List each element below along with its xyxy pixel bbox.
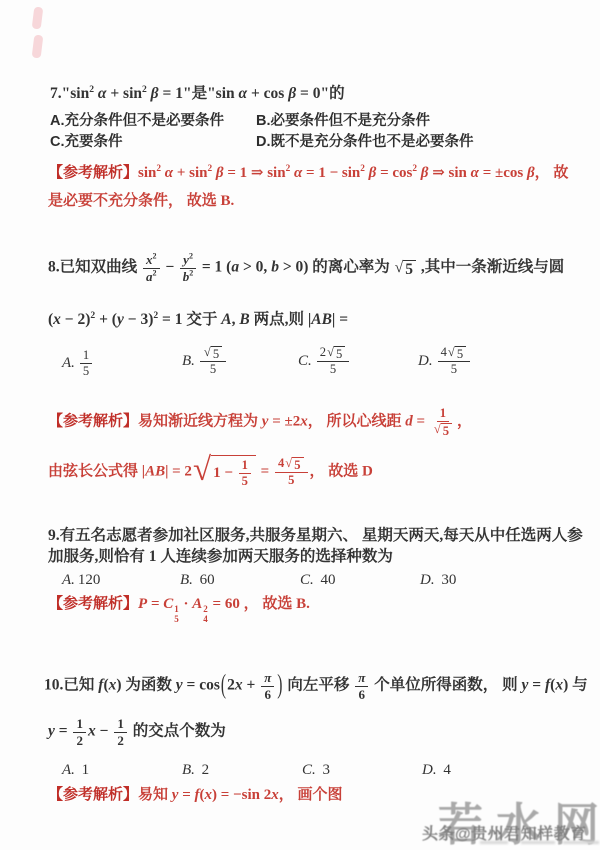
q8-stem-line-1: 8.已知双曲线 x2a2 − y2b2 = 1 (a > 0, b > 0) 的… [48, 252, 564, 284]
q7-option-a: A.充分条件但不是必要条件 [50, 112, 224, 131]
q8-solution-line-1: 【参考解析】易知渐近线方程为 y = ±2x， 所以心线距 d = 1√5， [48, 406, 472, 439]
q9-option-c: C. 40 [300, 571, 336, 591]
q9-option-a: A.120 [62, 571, 100, 591]
q10-option-b: B. 2 [182, 761, 209, 781]
q7-stem: 7."sin2 α + sin2 β = 1"是"sin α + cos β =… [50, 84, 345, 104]
q8-option-d: D.4√55 [418, 345, 472, 378]
footer-noise [521, 841, 555, 844]
q9-option-b: B. 60 [180, 571, 215, 591]
q9-solution: 【参考解析】P = C15 · A24 = 60 ， 故选 B. [48, 595, 310, 625]
q7-option-c: C.充要条件 [50, 133, 123, 152]
pink-highlight-mark [32, 35, 44, 59]
q10-stem-line-1: 10.已知 f(x) 为函数 y = cos(2x + π6) 向左平移 π6 … [44, 670, 588, 702]
q7-solution-line-2: 是必要不充分条件， 故选 B. [48, 192, 234, 212]
footer-noise [563, 841, 599, 844]
q8-option-c: C.2√55 [298, 345, 351, 378]
q9-stem-line-1: 9.有五名志愿者参加社区服务,共服务星期六、 星期天两天,每天从中任选两人参 [48, 526, 583, 546]
q7-option-b: B.必要条件但不是充分条件 [256, 112, 430, 131]
q10-option-c: C. 3 [302, 761, 330, 781]
footer-noise [480, 841, 508, 844]
q9-stem-line-2: 加服务,则恰有 1 人连续参加两天服务的选择种数为 [48, 547, 393, 567]
q7-option-d: D.既不是充分条件也不是必要条件 [256, 133, 474, 152]
q8-stem-line-2: (x − 2)2 + (y − 3)2 = 1 交于 A, B 两点,则 |AB… [48, 310, 348, 330]
q8-solution-line-2: 由弦长公式得 |AB| = 2√1 − 15 = 4√55， 故选 D [48, 455, 373, 489]
q8-option-a: A.15 [62, 348, 94, 379]
q7-solution-line-1: 【参考解析】sin2 α + sin2 β = 1 ⇒ sin2 α = 1 −… [48, 164, 568, 184]
q10-stem-line-2: y = 12x − 12 的交点个数为 [48, 716, 226, 748]
q10-option-a: A. 1 [62, 761, 89, 781]
exam-page: 7."sin2 α + sin2 β = 1"是"sin α + cos β =… [0, 0, 600, 850]
pink-highlight-mark [32, 7, 44, 30]
q9-option-d: D. 30 [420, 571, 456, 591]
q8-option-b: B.√55 [182, 345, 228, 378]
q10-solution: 【参考解析】易知 y = f(x) = −sin 2x， 画个图 [48, 786, 342, 806]
q10-option-d: D. 4 [422, 761, 451, 781]
